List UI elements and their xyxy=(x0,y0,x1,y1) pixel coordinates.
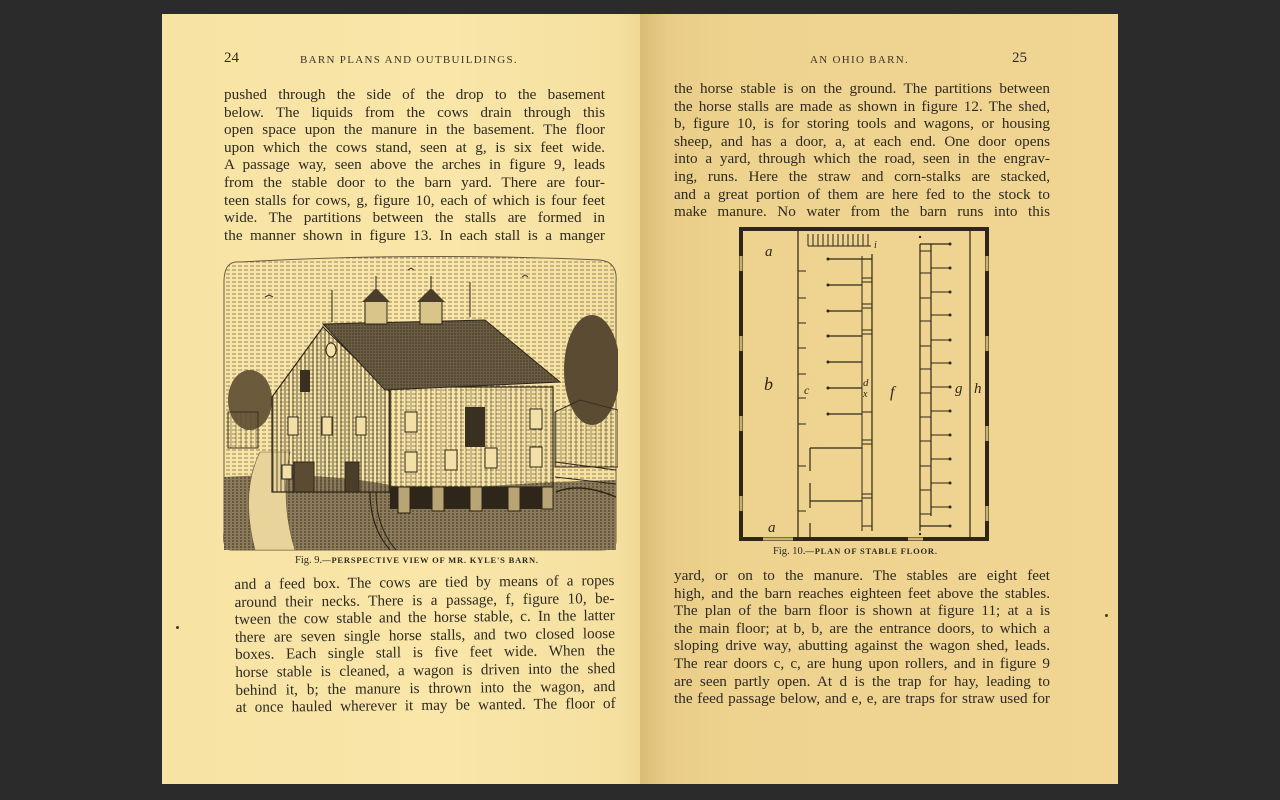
plan-label-c: c xyxy=(804,383,810,397)
text-line: wide. The partitions between the stalls … xyxy=(224,209,605,227)
text-line: sloping drive way, abutting against the … xyxy=(674,637,1050,655)
text-line: The plan of the barn floor is shown at f… xyxy=(674,602,1050,620)
text-line: the horse stalls are made as shown in fi… xyxy=(674,98,1050,116)
text-line: teen stalls for cows, g, figure 10, each… xyxy=(224,192,605,210)
paper-speck xyxy=(176,626,179,629)
text-line: and a great portion of them are here fed… xyxy=(674,186,1050,204)
book-spread: 24 BARN PLANS AND OUTBUILDINGS. pushed t… xyxy=(162,14,1118,784)
stable-floor-plan-figure: a a b c d x f g h i xyxy=(738,226,990,544)
text-line: into a yard, through which the road, see… xyxy=(674,150,1050,168)
running-head: AN OHIO BARN. xyxy=(810,54,909,66)
text-line: at once hauled wherever it may be wanted… xyxy=(236,695,616,717)
text-line: the feed passage below, and e, e, are tr… xyxy=(674,690,1050,708)
paper-speck xyxy=(1105,614,1108,617)
text-line: high, and the barn reaches eighteen feet… xyxy=(674,585,1050,603)
plan-label-b: b xyxy=(764,374,773,394)
text-line: ing, runs. Here the straw and corn-stalk… xyxy=(674,168,1050,186)
plan-label-h: h xyxy=(974,381,982,397)
paragraph-top: pushed through the side of the drop to t… xyxy=(224,86,605,244)
text-line: below. The liquids from the cows drain t… xyxy=(224,104,605,122)
running-head: BARN PLANS AND OUTBUILDINGS. xyxy=(300,54,518,66)
text-line: are seen partly open. At d is the trap f… xyxy=(674,673,1050,691)
plan-label-g: g xyxy=(955,381,963,397)
plan-label-a-top: a xyxy=(765,244,773,260)
text-line: make manure. No water from the barn runs… xyxy=(674,203,1050,221)
plan-label-i: i xyxy=(874,240,877,251)
figure-label: Fig. 10. xyxy=(773,546,805,557)
paragraph-top: the horse stable is on the ground. The p… xyxy=(674,80,1050,221)
text-line: upon which the cows stand, seen at g, is… xyxy=(224,139,605,157)
text-line: the horse stable is on the ground. The p… xyxy=(674,80,1050,98)
stable-floor-plan-diagram: a a b c d x f g h i xyxy=(738,226,990,544)
text-line: the main floor; at b, b, are the entranc… xyxy=(674,620,1050,638)
left-page: 24 BARN PLANS AND OUTBUILDINGS. pushed t… xyxy=(162,14,640,784)
barn-engraving-figure xyxy=(220,252,618,552)
text-line: sheep, and has a door, a, at each end. O… xyxy=(674,133,1050,151)
text-line: b, figure 10, is for storing tools and w… xyxy=(674,115,1050,133)
paragraph-bottom: and a feed box. The cows are tied by mea… xyxy=(234,572,615,717)
right-page: AN OHIO BARN. 25 the horse stable is on … xyxy=(640,14,1118,784)
plan-label-a-bottom: a xyxy=(768,520,776,536)
plan-label-d: d xyxy=(863,377,869,389)
figure-caption-text: —PERSPECTIVE VIEW OF MR. KYLE'S BARN. xyxy=(322,555,539,565)
plan-label-e: x xyxy=(862,389,868,400)
figure-caption-text: —PLAN OF STABLE FLOOR. xyxy=(805,546,937,556)
text-line: open space upon the manure in the baseme… xyxy=(224,121,605,139)
text-line: yard, or on to the manure. The stables a… xyxy=(674,567,1050,585)
text-line: pushed through the side of the drop to t… xyxy=(224,86,605,104)
figure-caption: Fig. 9.—PERSPECTIVE VIEW OF MR. KYLE'S B… xyxy=(295,555,539,566)
page-number: 25 xyxy=(1012,50,1027,67)
barn-engraving-image xyxy=(220,252,618,552)
plan-label-f: f xyxy=(890,384,897,401)
paragraph-bottom: yard, or on to the manure. The stables a… xyxy=(674,567,1050,708)
text-line: from the stable door to the barn yard. T… xyxy=(224,174,605,192)
figure-label: Fig. 9. xyxy=(295,555,322,566)
page-number: 24 xyxy=(224,50,239,67)
figure-caption: Fig. 10.—PLAN OF STABLE FLOOR. xyxy=(773,546,938,557)
text-line: the manner shown in figure 13. In each s… xyxy=(224,227,605,245)
text-line: A passage way, seen above the arches in … xyxy=(224,156,605,174)
text-line: The rear doors c, c, are hung upon rolle… xyxy=(674,655,1050,673)
